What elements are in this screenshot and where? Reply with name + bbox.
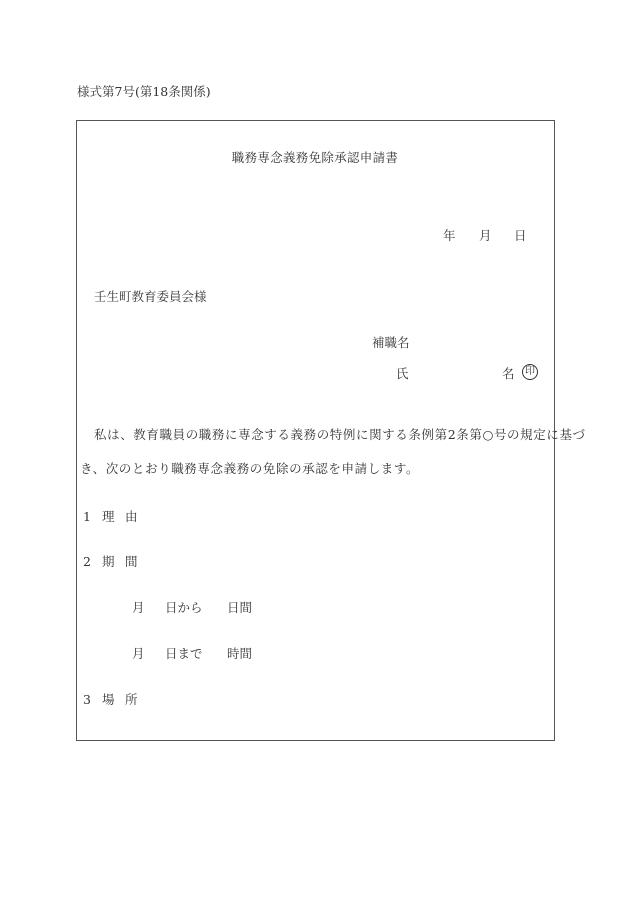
item-1-label-b: 由 [125, 511, 138, 524]
period-to-month: 月 [132, 648, 145, 661]
item-2-label-a: 期 [102, 556, 115, 569]
period-days: 日間 [227, 602, 252, 615]
addressee: 壬生町教育委員会様 [94, 291, 207, 304]
date-month-label: 月 [479, 230, 492, 243]
period-from-month: 月 [132, 602, 145, 615]
form-number-label: 様式第7号(第18条関係) [77, 86, 211, 99]
seal-icon: 印 [522, 364, 538, 380]
item-2-number: 2 [83, 556, 91, 569]
item-3-number: 3 [83, 694, 91, 707]
body-text-line-1: 私は、教育職員の職務に専念する義務の特例に関する条例第2条第○号の規定に基づ [94, 429, 586, 442]
body-text-line-2: き、次のとおり職務専念義務の免除の承認を申請します。 [80, 463, 419, 476]
item-3-label-a: 場 [102, 694, 115, 707]
name-label-second: 名 [502, 368, 515, 381]
date-year-label: 年 [443, 230, 456, 243]
document-title: 職務専念義務免除承認申請書 [0, 152, 630, 165]
item-3-label-b: 所 [125, 694, 138, 707]
item-1-number: 1 [83, 511, 91, 524]
date-day-label: 日 [514, 230, 527, 243]
position-label: 補職名 [372, 337, 410, 350]
period-to-day: 日まで [165, 648, 203, 661]
period-from-day: 日から [165, 602, 203, 615]
item-2-label-b: 間 [125, 556, 138, 569]
item-1-label-a: 理 [102, 511, 115, 524]
name-label-first: 氏 [396, 368, 409, 381]
period-hours: 時間 [227, 648, 252, 661]
